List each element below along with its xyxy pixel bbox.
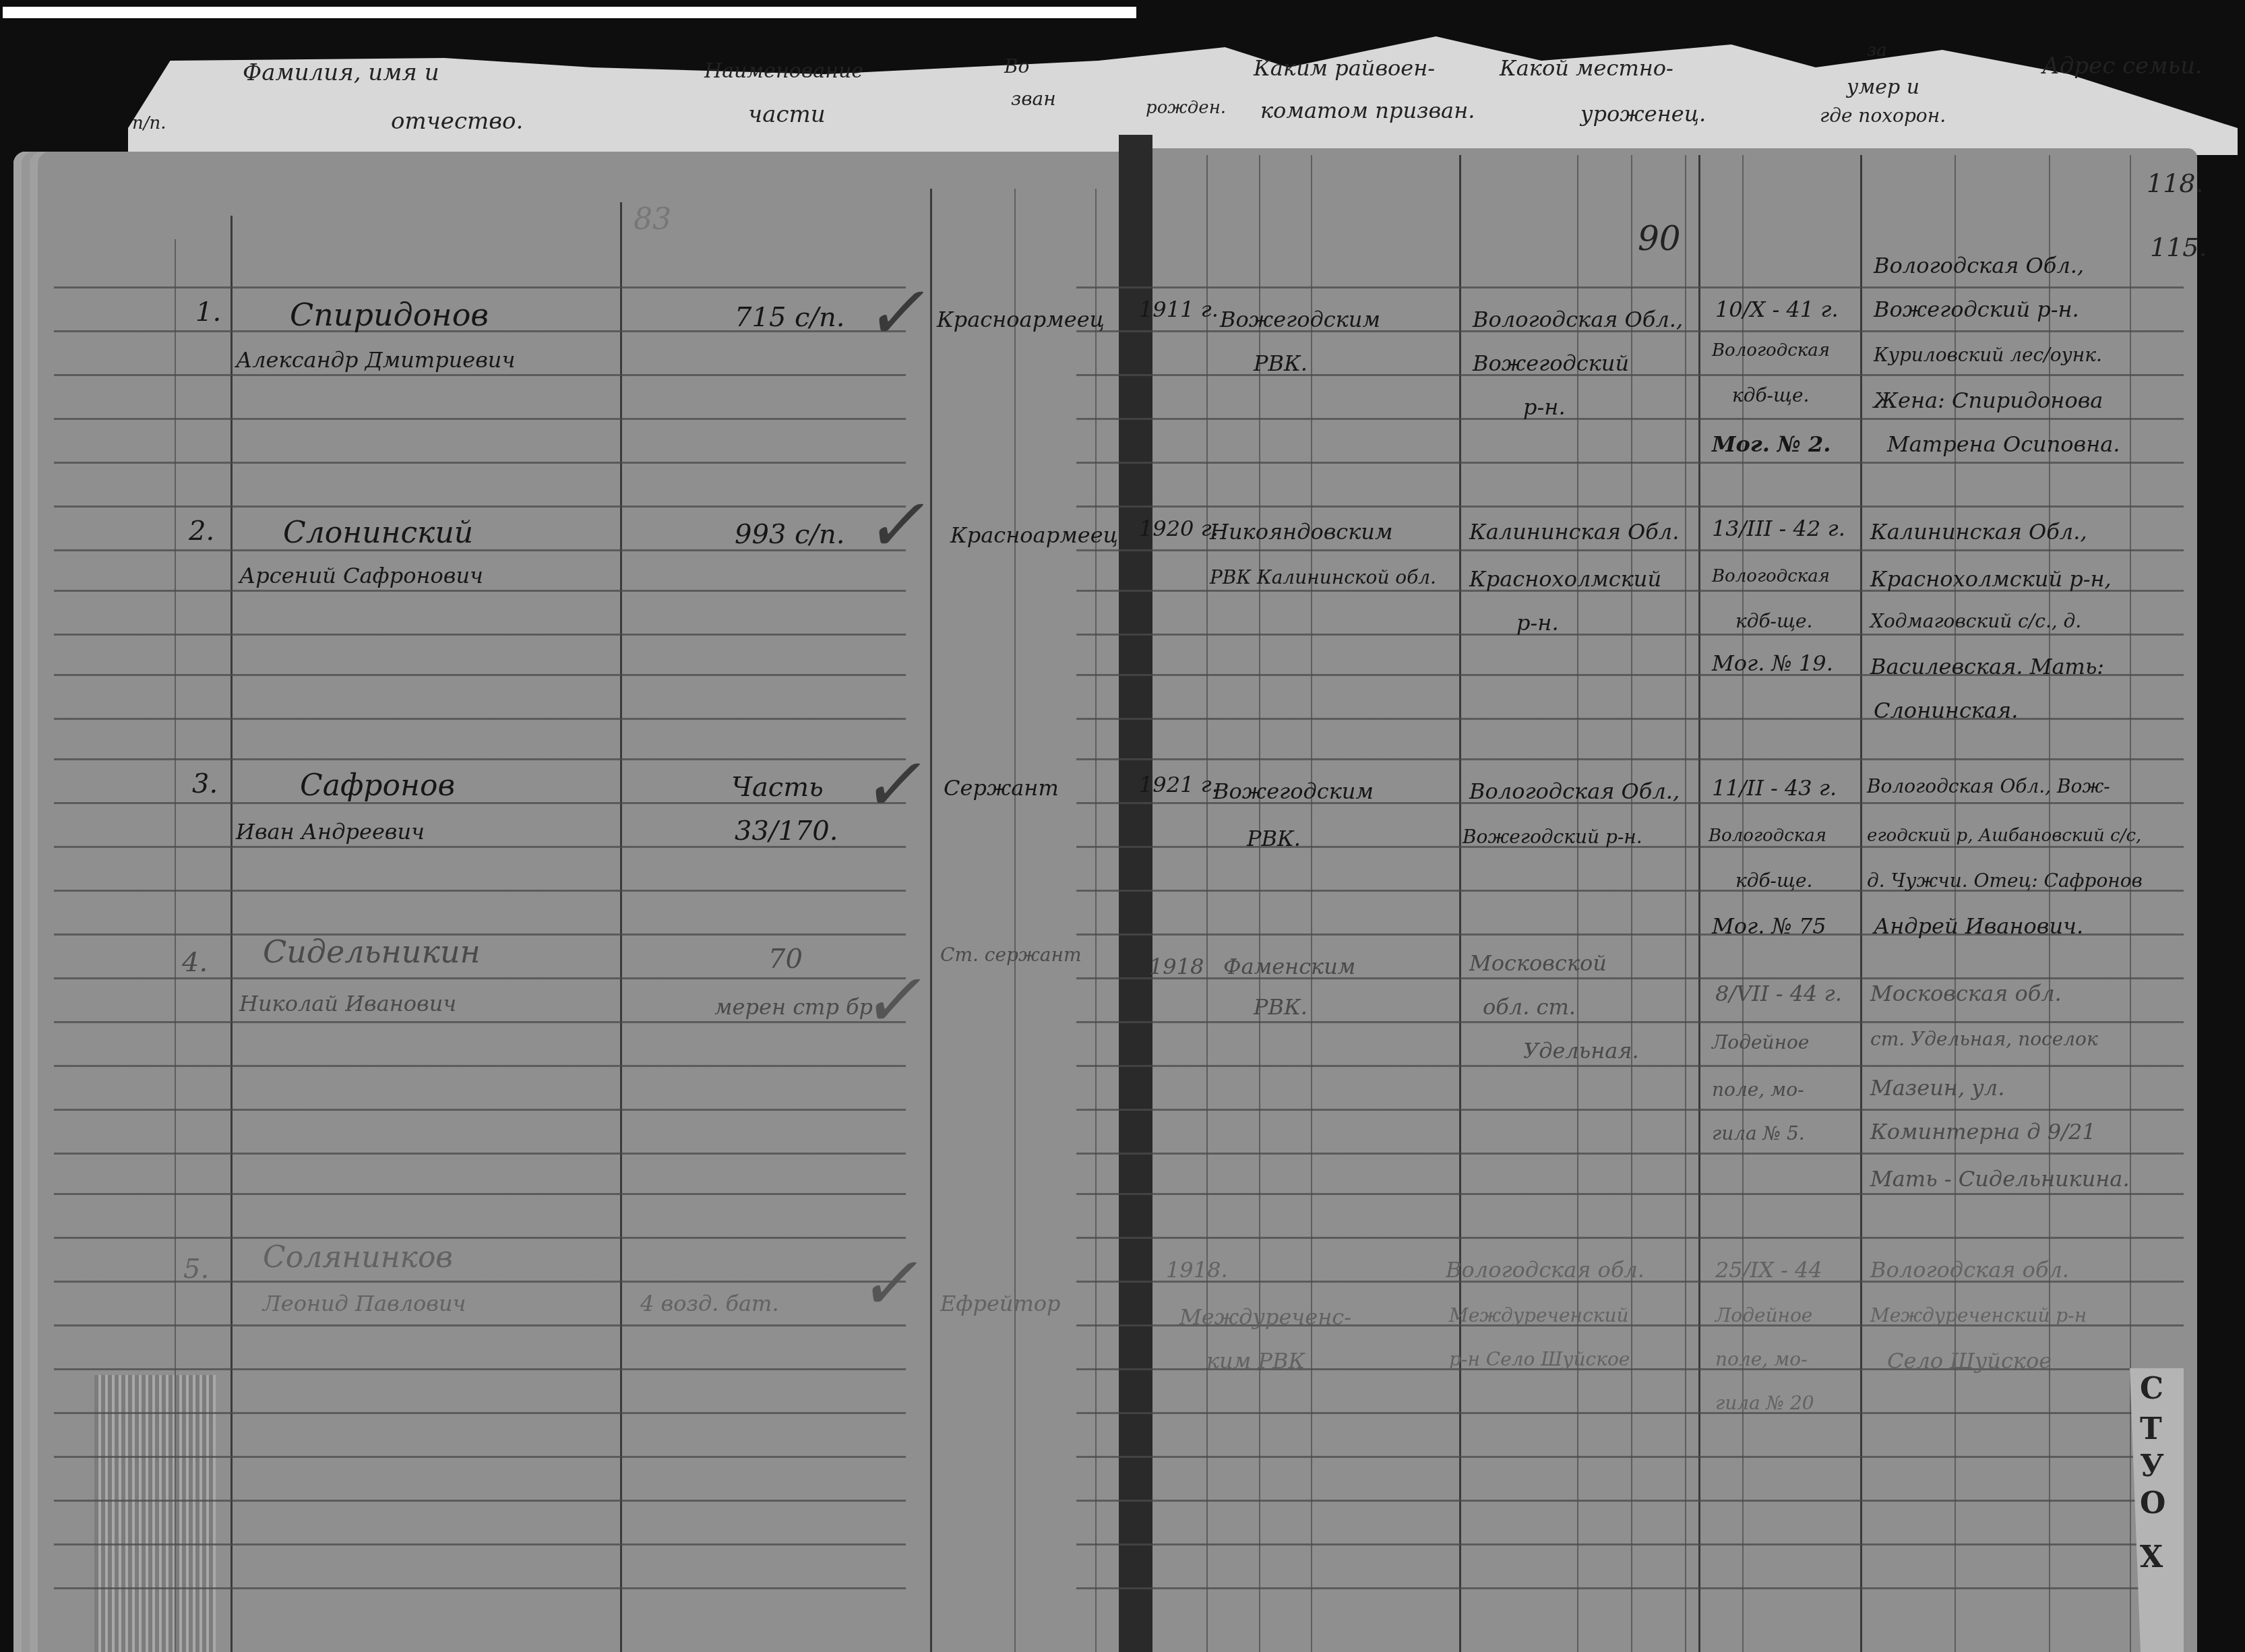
unit: Часть [731, 772, 824, 803]
row-line [54, 1412, 2184, 1414]
column-header-strip [128, 20, 2238, 155]
row-line [54, 674, 2184, 676]
death-place-l1: Лодейное [1715, 1304, 1812, 1326]
enlistment-office-l1: Вожегодским [1220, 307, 1380, 332]
index-tab-letter[interactable]: У [2140, 1449, 2164, 1483]
family-address-l5: Матрена Осиповна. [1887, 431, 2120, 457]
column-line [930, 189, 932, 1652]
header-rank-l1: Во [1004, 55, 1029, 78]
native-of-l2: Вожегодский р-н. [1463, 826, 1642, 848]
column-line [1014, 189, 1016, 1652]
rank: Красноармеец [950, 522, 1118, 548]
row-line [54, 1153, 2184, 1155]
page-stack-edge [94, 1375, 216, 1652]
column-line [2130, 155, 2131, 1652]
family-address-l4: Андрей Иванович. [1874, 913, 2083, 939]
birth-year: 1918 [1149, 954, 1204, 979]
enlistment-office-l1: Фаменским [1223, 954, 1355, 979]
unit-line2: мерен стр бр [714, 994, 873, 1020]
birth-year: 1920 г. [1139, 516, 1219, 541]
header-death-l0: за [1867, 40, 1887, 61]
enlistment-office-l2: РВК Калининской обл. [1210, 566, 1436, 588]
surname: Слонинский [283, 516, 473, 550]
header-native-l1: Какой местно- [1500, 55, 1673, 81]
row-line [54, 1324, 2184, 1326]
unit: 993 с/п. [735, 519, 844, 550]
header-native-l2: уроженец. [1580, 101, 1706, 127]
row-line [54, 758, 2184, 760]
grave-number: гила № 20 [1715, 1392, 1814, 1414]
corner-number-115: 115. [2150, 233, 2207, 262]
death-place-l1: Вологодская [1712, 566, 1830, 586]
family-address-l2: Междуреченский р-н [1870, 1304, 2087, 1326]
header-unit-l1: Наименование [704, 59, 863, 83]
family-address-l4: Жена: Спиридонова [1874, 388, 2103, 413]
index-tab-letter[interactable]: О [2140, 1486, 2165, 1521]
column-line [1095, 189, 1097, 1652]
header-address: Адрес семьи. [2042, 53, 2203, 80]
row-line [54, 846, 2184, 848]
column-line [1685, 155, 1686, 1652]
birth-year: 1911 г. [1139, 297, 1219, 322]
native-of-l1: Калининская Обл. [1469, 519, 1679, 545]
grave-number: Мог. № 75 [1712, 913, 1826, 939]
birth-year: 1918. [1166, 1257, 1228, 1283]
column-line [1698, 155, 1700, 1652]
index-tab-letter[interactable]: С [2140, 1372, 2163, 1406]
row-line [54, 1193, 2184, 1195]
native-of-l2: обл. ст. [1483, 994, 1576, 1020]
family-address-l2: егодский р, Ашбановский с/с, [1867, 826, 2141, 846]
family-address-l4: Василевская. Мать: [1870, 654, 2104, 679]
enlistment-office-l2: ким РВК [1206, 1348, 1305, 1374]
corner-number-118: 118. [2147, 169, 2204, 198]
native-of-l2: Краснохолмский [1469, 566, 1661, 592]
row-line [54, 418, 2184, 420]
family-address-l3: Куриловский лес/оунк. [1874, 344, 2102, 366]
header-rank-l2: зван [1011, 88, 1056, 110]
row-line [54, 590, 2184, 592]
row-line [54, 1237, 2184, 1239]
row-line [54, 506, 2184, 508]
header-death-l1: умер и [1847, 75, 1919, 99]
family-address-l1: Вологодская обл. [1870, 1257, 2069, 1283]
record-number: 2. [189, 516, 214, 547]
rank: Ефрейтор [940, 1291, 1061, 1316]
death-place-l2: поле, мо- [1715, 1348, 1808, 1370]
death-date: 25/IX - 44 [1715, 1257, 1822, 1283]
index-tab-letter[interactable]: Х [2140, 1540, 2163, 1574]
surname: Солянинков [263, 1240, 453, 1275]
family-address-l2: ст. Удельная, поселок [1870, 1028, 2098, 1050]
column-line [1631, 155, 1632, 1652]
native-of-l2: Междуреченский [1449, 1304, 1628, 1326]
column-line [175, 239, 176, 1652]
grave-number: гила № 5. [1712, 1122, 1805, 1144]
family-address-l3: Ходмаговский с/с., д. [1870, 610, 2081, 632]
row-line [54, 286, 2184, 288]
enlistment-office-l1: Междуреченс- [1179, 1304, 1351, 1330]
top-white-bar [3, 7, 1136, 18]
column-line [1459, 155, 1461, 1652]
column-line [2049, 155, 2050, 1652]
row-line [54, 1587, 2184, 1589]
header-death-l2: где похорон. [1820, 104, 1946, 127]
unit-line2: 33/170. [735, 816, 838, 847]
column-line [1742, 155, 1744, 1652]
enlistment-office-l2: РВК. [1254, 994, 1308, 1020]
record-number: 3. [192, 768, 218, 799]
unit: 715 с/п. [735, 302, 844, 333]
row-line [54, 1109, 2184, 1111]
enlistment-office-l1: Никояндовским [1210, 519, 1393, 545]
death-date: 13/III - 42 г. [1712, 516, 1845, 541]
death-date: 10/X - 41 г. [1715, 297, 1839, 322]
row-line [54, 1281, 2184, 1283]
native-of-l2: Вожегодский [1473, 350, 1629, 376]
family-address-l3: д. Чужчи. Отец: Сафронов [1867, 869, 2143, 892]
death-place-l1: Лодейное [1712, 1031, 1809, 1053]
row-line [54, 1456, 2184, 1458]
name-patronymic: Иван Андреевич [236, 819, 425, 845]
native-of-l3: р-н. [1523, 394, 1566, 420]
family-address-l1: Вологодская Обл., [1874, 253, 2084, 278]
family-address-l3: Село Шуйское [1887, 1348, 2052, 1374]
name-patronymic: Александр Дмитриевич [236, 347, 515, 373]
row-line [54, 1065, 2184, 1067]
header-name-l1: Фамилия, имя и [243, 59, 439, 86]
header-office-l2: коматом призван. [1260, 98, 1475, 123]
death-place-l1: Вологодская [1709, 826, 1826, 846]
native-of-l3: р-н. [1516, 610, 1559, 636]
death-place-l2: поле, мо- [1712, 1078, 1804, 1101]
row-line [54, 374, 2184, 376]
family-address-l5: Слонинская. [1874, 698, 2018, 723]
family-address-l1: Московская обл. [1870, 981, 2062, 1006]
record-number: 1. [195, 297, 221, 328]
row-line [54, 634, 2184, 636]
native-of-l1: Вологодская Обл., [1473, 307, 1683, 332]
name-patronymic: Леонид Павлович [263, 1291, 466, 1316]
column-line [1206, 155, 1208, 1652]
header-birth-l2: рожден. [1146, 98, 1226, 118]
rank: Сержант [944, 775, 1059, 801]
row-line [54, 1500, 2184, 1502]
death-place-l2: кдб-ще. [1735, 869, 1813, 892]
surname: Сидельникин [263, 934, 481, 970]
birth-year: 1921 г. [1139, 772, 1219, 797]
family-address-l1: Калининская Обл., [1870, 519, 2087, 545]
unit: 70 [768, 944, 803, 975]
family-address-l2: Краснохолмский р-н, [1870, 566, 2112, 592]
row-line [54, 977, 2184, 979]
family-address-l2: Вожегодский р-н. [1874, 297, 2079, 322]
native-of-l1: Вологодская обл. [1446, 1257, 1644, 1283]
family-address-l5: Мать - Сидельникина. [1870, 1166, 2130, 1192]
column-line [1577, 155, 1578, 1652]
native-of-l1: Вологодская Обл., [1469, 778, 1680, 804]
death-date: 8/VII - 44 г. [1715, 981, 1842, 1006]
row-line [54, 1543, 2184, 1546]
death-place-l2: кдб-ще. [1735, 610, 1813, 632]
header-office-l1: Каким райвоен- [1254, 55, 1435, 81]
family-address-l4: Коминтерна д 9/21 [1870, 1119, 2096, 1144]
surname: Сафронов [300, 768, 455, 803]
unit: 4 возд. бат. [640, 1291, 779, 1316]
death-date: 11/II - 43 г. [1712, 775, 1837, 801]
surname: Спиридонов [290, 297, 489, 333]
family-address-l3: Мазеин, ул. [1870, 1075, 2004, 1101]
enlistment-office-l2: РВК. [1247, 826, 1301, 851]
grave-number: Мог. № 19. [1712, 650, 1833, 676]
book-gutter [1119, 135, 1152, 1652]
header-name-l2: отчество. [391, 108, 523, 135]
row-line [54, 718, 2184, 720]
row-line [54, 462, 2184, 464]
header-num: п/п. [132, 113, 166, 133]
row-line [54, 1021, 2184, 1023]
family-address-l1: Вологодская Обл., Вож- [1867, 775, 2110, 797]
rank: Ст. сержант [940, 944, 1081, 966]
name-patronymic: Арсений Сафронович [239, 563, 483, 588]
row-line [54, 890, 2184, 892]
column-line [1955, 155, 1956, 1652]
column-line [1860, 155, 1862, 1652]
name-patronymic: Николай Иванович [239, 991, 456, 1016]
record-number: 5. [183, 1254, 209, 1285]
grave-number: Мог. № 2. [1712, 431, 1831, 457]
column-line [1259, 155, 1260, 1652]
death-place-l1: Вологодская [1712, 340, 1830, 361]
page-number-90: 90 [1638, 219, 1681, 258]
native-of-l1: Московской [1469, 950, 1607, 976]
death-place-l2: кдб-ще. [1732, 384, 1810, 406]
row-line [54, 1368, 2184, 1370]
index-tab-letter[interactable]: Т [2140, 1412, 2162, 1446]
rank: Красноармеец [937, 307, 1105, 332]
left-page-stamp: 83 [634, 202, 671, 237]
header-unit-l2: части [748, 101, 826, 128]
native-of-l3: р-н Село Шуйское [1449, 1348, 1630, 1370]
enlistment-office-l2: РВК. [1254, 350, 1308, 376]
enlistment-office-l1: Вожегодским [1213, 778, 1374, 804]
native-of-l3: Удельная. [1523, 1038, 1639, 1064]
column-line [1311, 155, 1312, 1652]
record-number: 4. [182, 947, 208, 978]
